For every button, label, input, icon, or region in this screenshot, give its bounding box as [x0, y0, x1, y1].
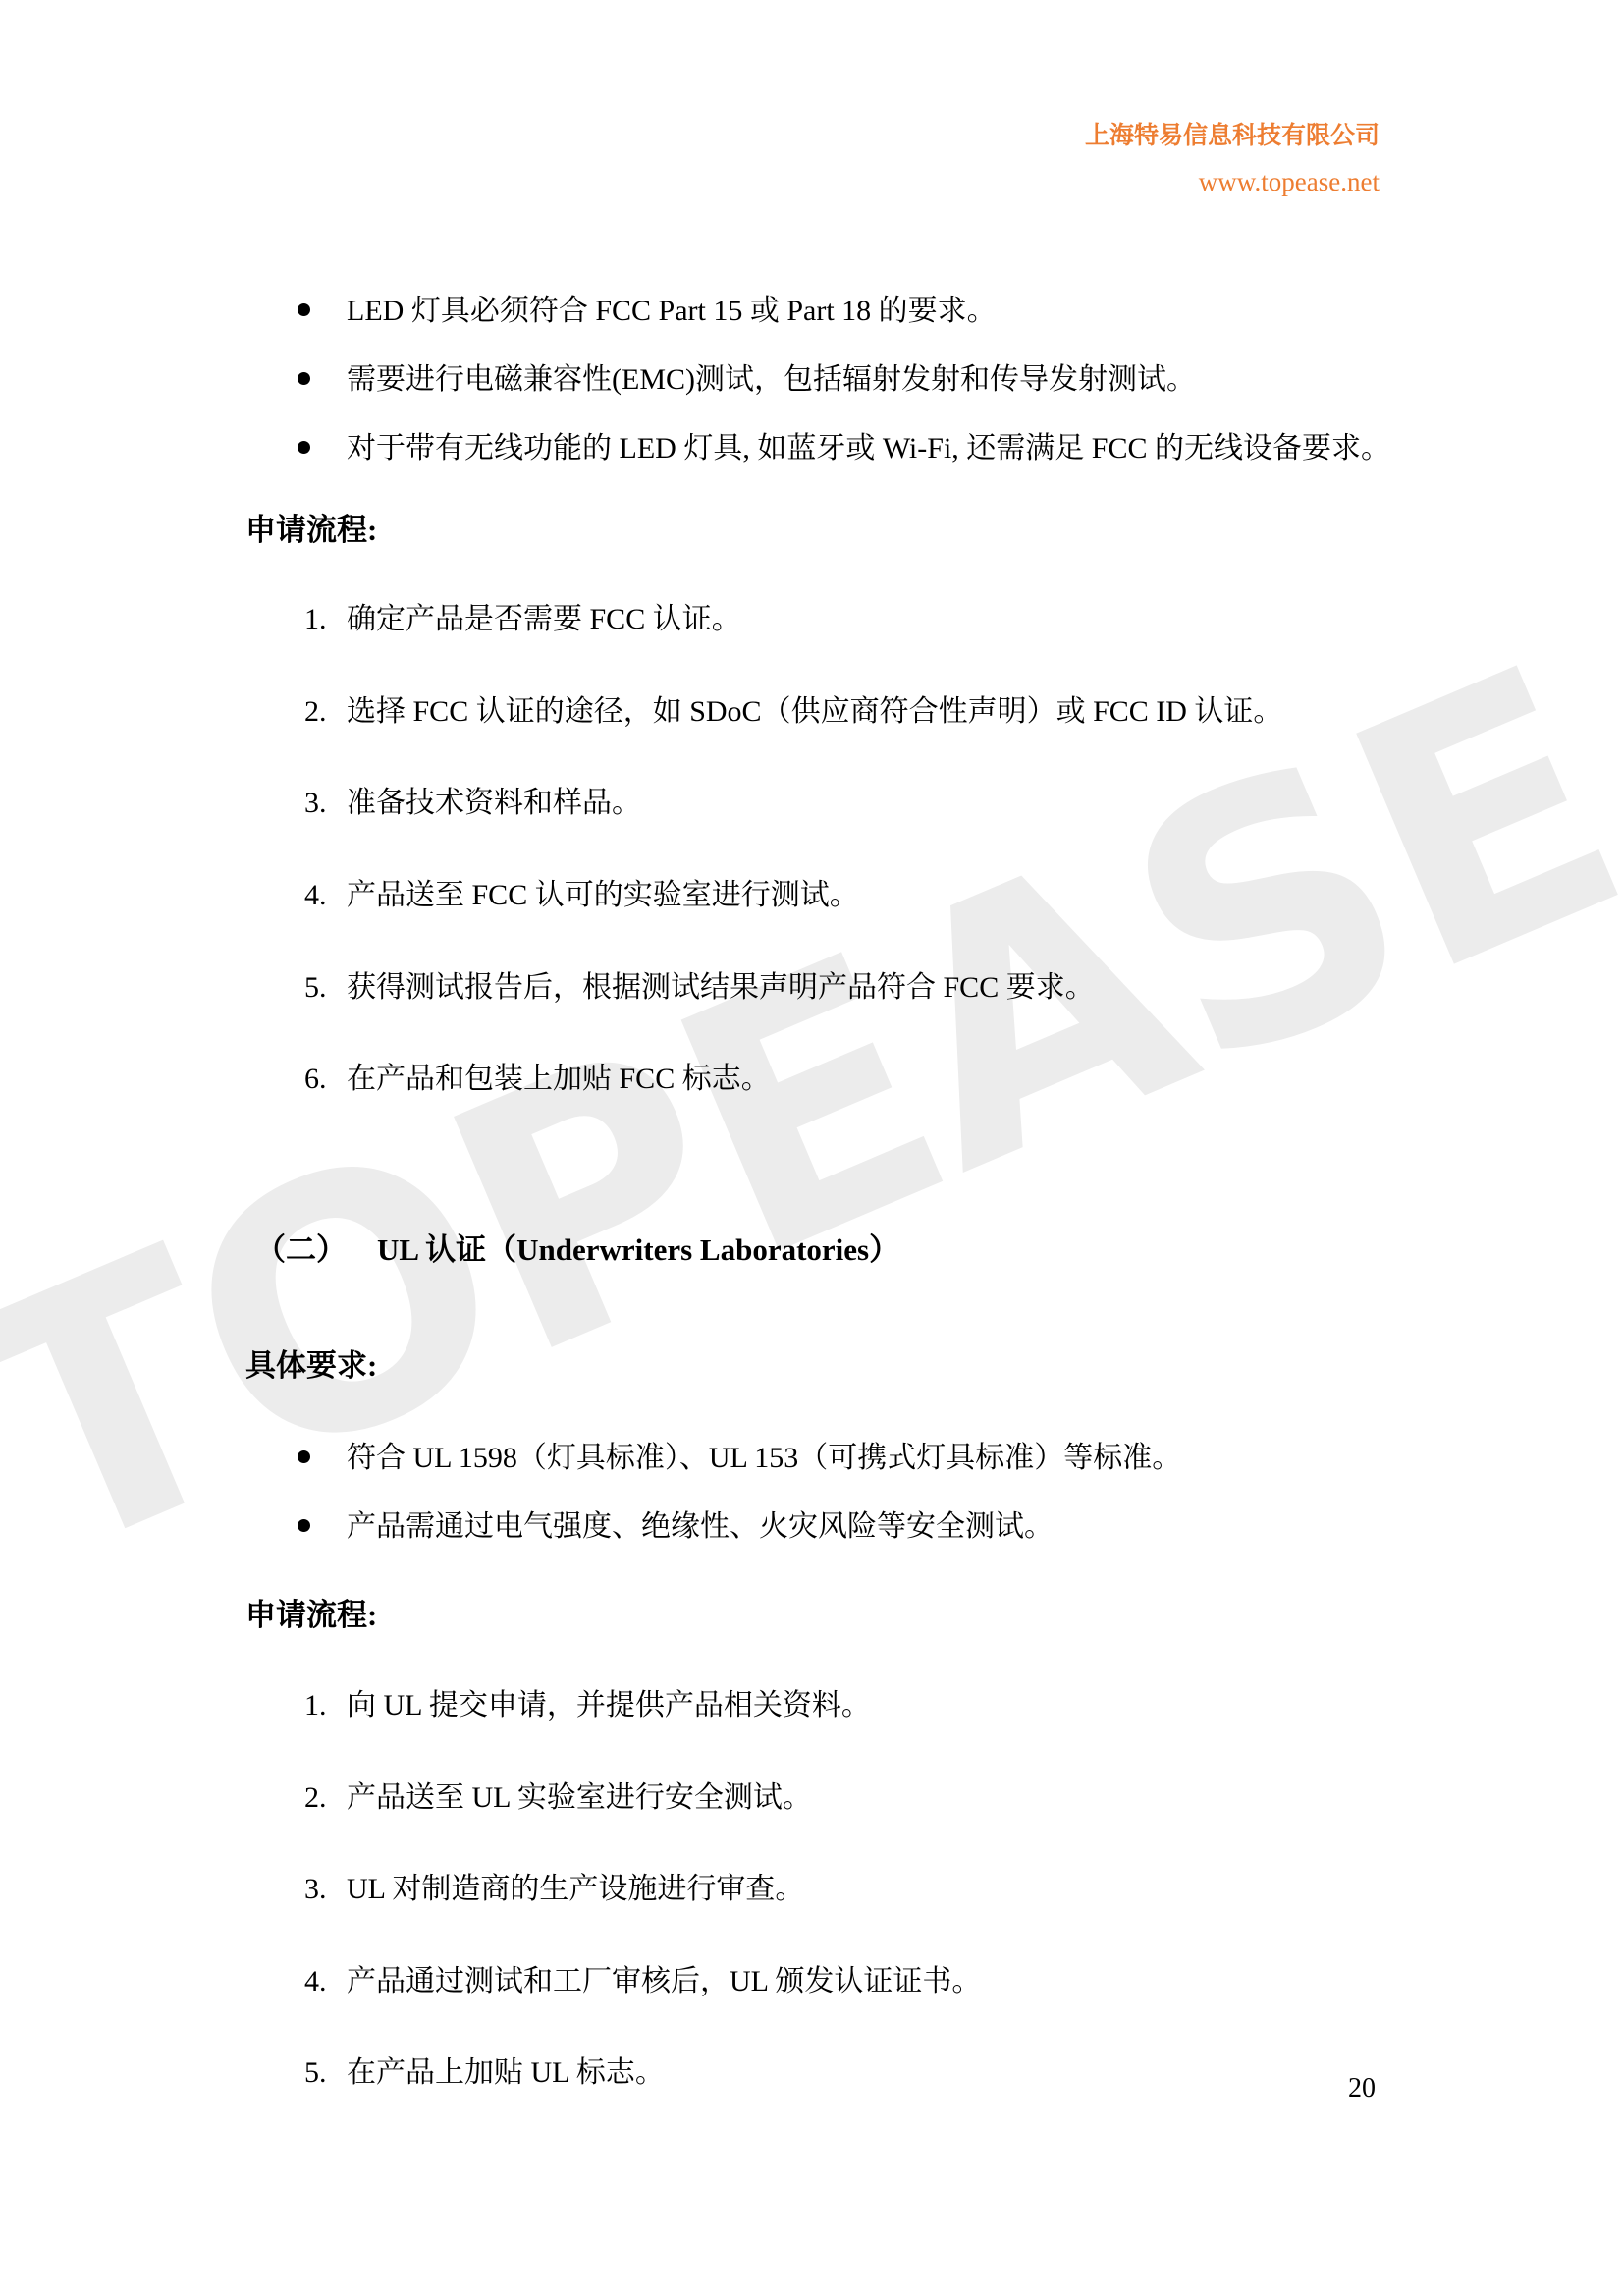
step-text: 选择 FCC 认证的途径，如 SDoC（供应商符合性声明）或 FCC ID 认证…: [347, 695, 1282, 728]
header-website: www.topease.net: [1199, 167, 1380, 197]
bullet-item: 产品需通过电气强度、绝缘性、火灾风险等安全测试。: [298, 1509, 1054, 1545]
bullet-item: 需要进行电磁兼容性(EMC)测试，包括辐射发射和传导发射测试。: [298, 362, 1196, 398]
bullet-text: 对于带有无线功能的 LED 灯具, 如蓝牙或 Wi-Fi, 还需满足 FCC 的…: [347, 432, 1390, 465]
ul-process-heading: 申请流程:: [245, 1597, 377, 1634]
bullet-text: 产品需通过电气强度、绝缘性、火灾风险等安全测试。: [347, 1510, 1054, 1543]
step-text: UL 对制造商的生产设施进行审查。: [347, 1873, 804, 1905]
step-item: 2.产品送至 UL 实验室进行安全测试。: [304, 1780, 812, 1816]
step-item: 3.UL 对制造商的生产设施进行审查。: [304, 1872, 804, 1907]
bullet-item: 符合 UL 1598（灯具标准）、UL 153（可携式灯具标准）等标准。: [298, 1441, 1181, 1476]
step-number: 2.: [304, 694, 347, 730]
step-item: 1.确定产品是否需要 FCC 认证。: [304, 602, 741, 637]
step-item: 5.获得测试报告后，根据测试结果声明产品符合 FCC 要求。: [304, 970, 1095, 1006]
bullet-item: 对于带有无线功能的 LED 灯具, 如蓝牙或 Wi-Fi, 还需满足 FCC 的…: [298, 431, 1390, 466]
step-text: 准备技术资料和样品。: [347, 787, 641, 819]
bullet-icon: [298, 1450, 310, 1463]
bullet-icon: [298, 303, 310, 316]
bullet-text: 需要进行电磁兼容性(EMC)测试，包括辐射发射和传导发射测试。: [347, 363, 1196, 396]
step-number: 4.: [304, 878, 347, 913]
bullet-text: LED 灯具必须符合 FCC Part 15 或 Part 18 的要求。: [347, 295, 997, 327]
bullet-icon: [298, 372, 310, 385]
step-number: 6.: [304, 1062, 347, 1097]
bullet-item: LED 灯具必须符合 FCC Part 15 或 Part 18 的要求。: [298, 294, 997, 329]
step-number: 2.: [304, 1780, 347, 1816]
document-page: TOPEASE 上海特易信息科技有限公司 www.topease.net LED…: [0, 0, 1623, 2296]
step-text: 在产品和包装上加贴 FCC 标志。: [347, 1063, 771, 1095]
step-text: 向 UL 提交申请，并提供产品相关资料。: [347, 1689, 871, 1722]
step-number: 1.: [304, 602, 347, 637]
step-item: 3.准备技术资料和样品。: [304, 786, 641, 821]
step-text: 确定产品是否需要 FCC 认证。: [347, 603, 741, 635]
step-number: 1.: [304, 1688, 347, 1723]
step-text: 产品送至 UL 实验室进行安全测试。: [347, 1781, 812, 1814]
content-layer: 上海特易信息科技有限公司 www.topease.net LED 灯具必须符合 …: [0, 0, 1623, 2296]
bullet-icon: [298, 1519, 310, 1532]
step-number: 5.: [304, 970, 347, 1006]
ul-section-heading: （二） UL 认证（Underwriters Laboratories）: [255, 1230, 899, 1271]
step-item: 4.产品送至 FCC 认可的实验室进行测试。: [304, 878, 859, 913]
fcc-process-heading: 申请流程:: [245, 512, 377, 549]
step-item: 6.在产品和包装上加贴 FCC 标志。: [304, 1062, 771, 1097]
step-number: 3.: [304, 786, 347, 821]
step-number: 5.: [304, 2055, 347, 2091]
bullet-text: 符合 UL 1598（灯具标准）、UL 153（可携式灯具标准）等标准。: [347, 1442, 1181, 1474]
step-text: 产品送至 FCC 认可的实验室进行测试。: [347, 879, 859, 911]
header-company-name: 上海特易信息科技有限公司: [1085, 116, 1380, 151]
page-number: 20: [1348, 2072, 1376, 2105]
step-text: 产品通过测试和工厂审核后，UL 颁发认证证书。: [347, 1965, 981, 1997]
step-item: 1.向 UL 提交申请，并提供产品相关资料。: [304, 1688, 871, 1723]
step-number: 3.: [304, 1872, 347, 1907]
step-item: 5.在产品上加贴 UL 标志。: [304, 2055, 665, 2091]
ul-requirements-heading: 具体要求:: [245, 1347, 377, 1385]
step-item: 2.选择 FCC 认证的途径，如 SDoC（供应商符合性声明）或 FCC ID …: [304, 694, 1282, 730]
step-item: 4.产品通过测试和工厂审核后，UL 颁发认证证书。: [304, 1964, 981, 1999]
step-text: 获得测试报告后，根据测试结果声明产品符合 FCC 要求。: [347, 971, 1095, 1004]
step-text: 在产品上加贴 UL 标志。: [347, 2056, 665, 2089]
bullet-icon: [298, 441, 310, 454]
step-number: 4.: [304, 1964, 347, 1999]
